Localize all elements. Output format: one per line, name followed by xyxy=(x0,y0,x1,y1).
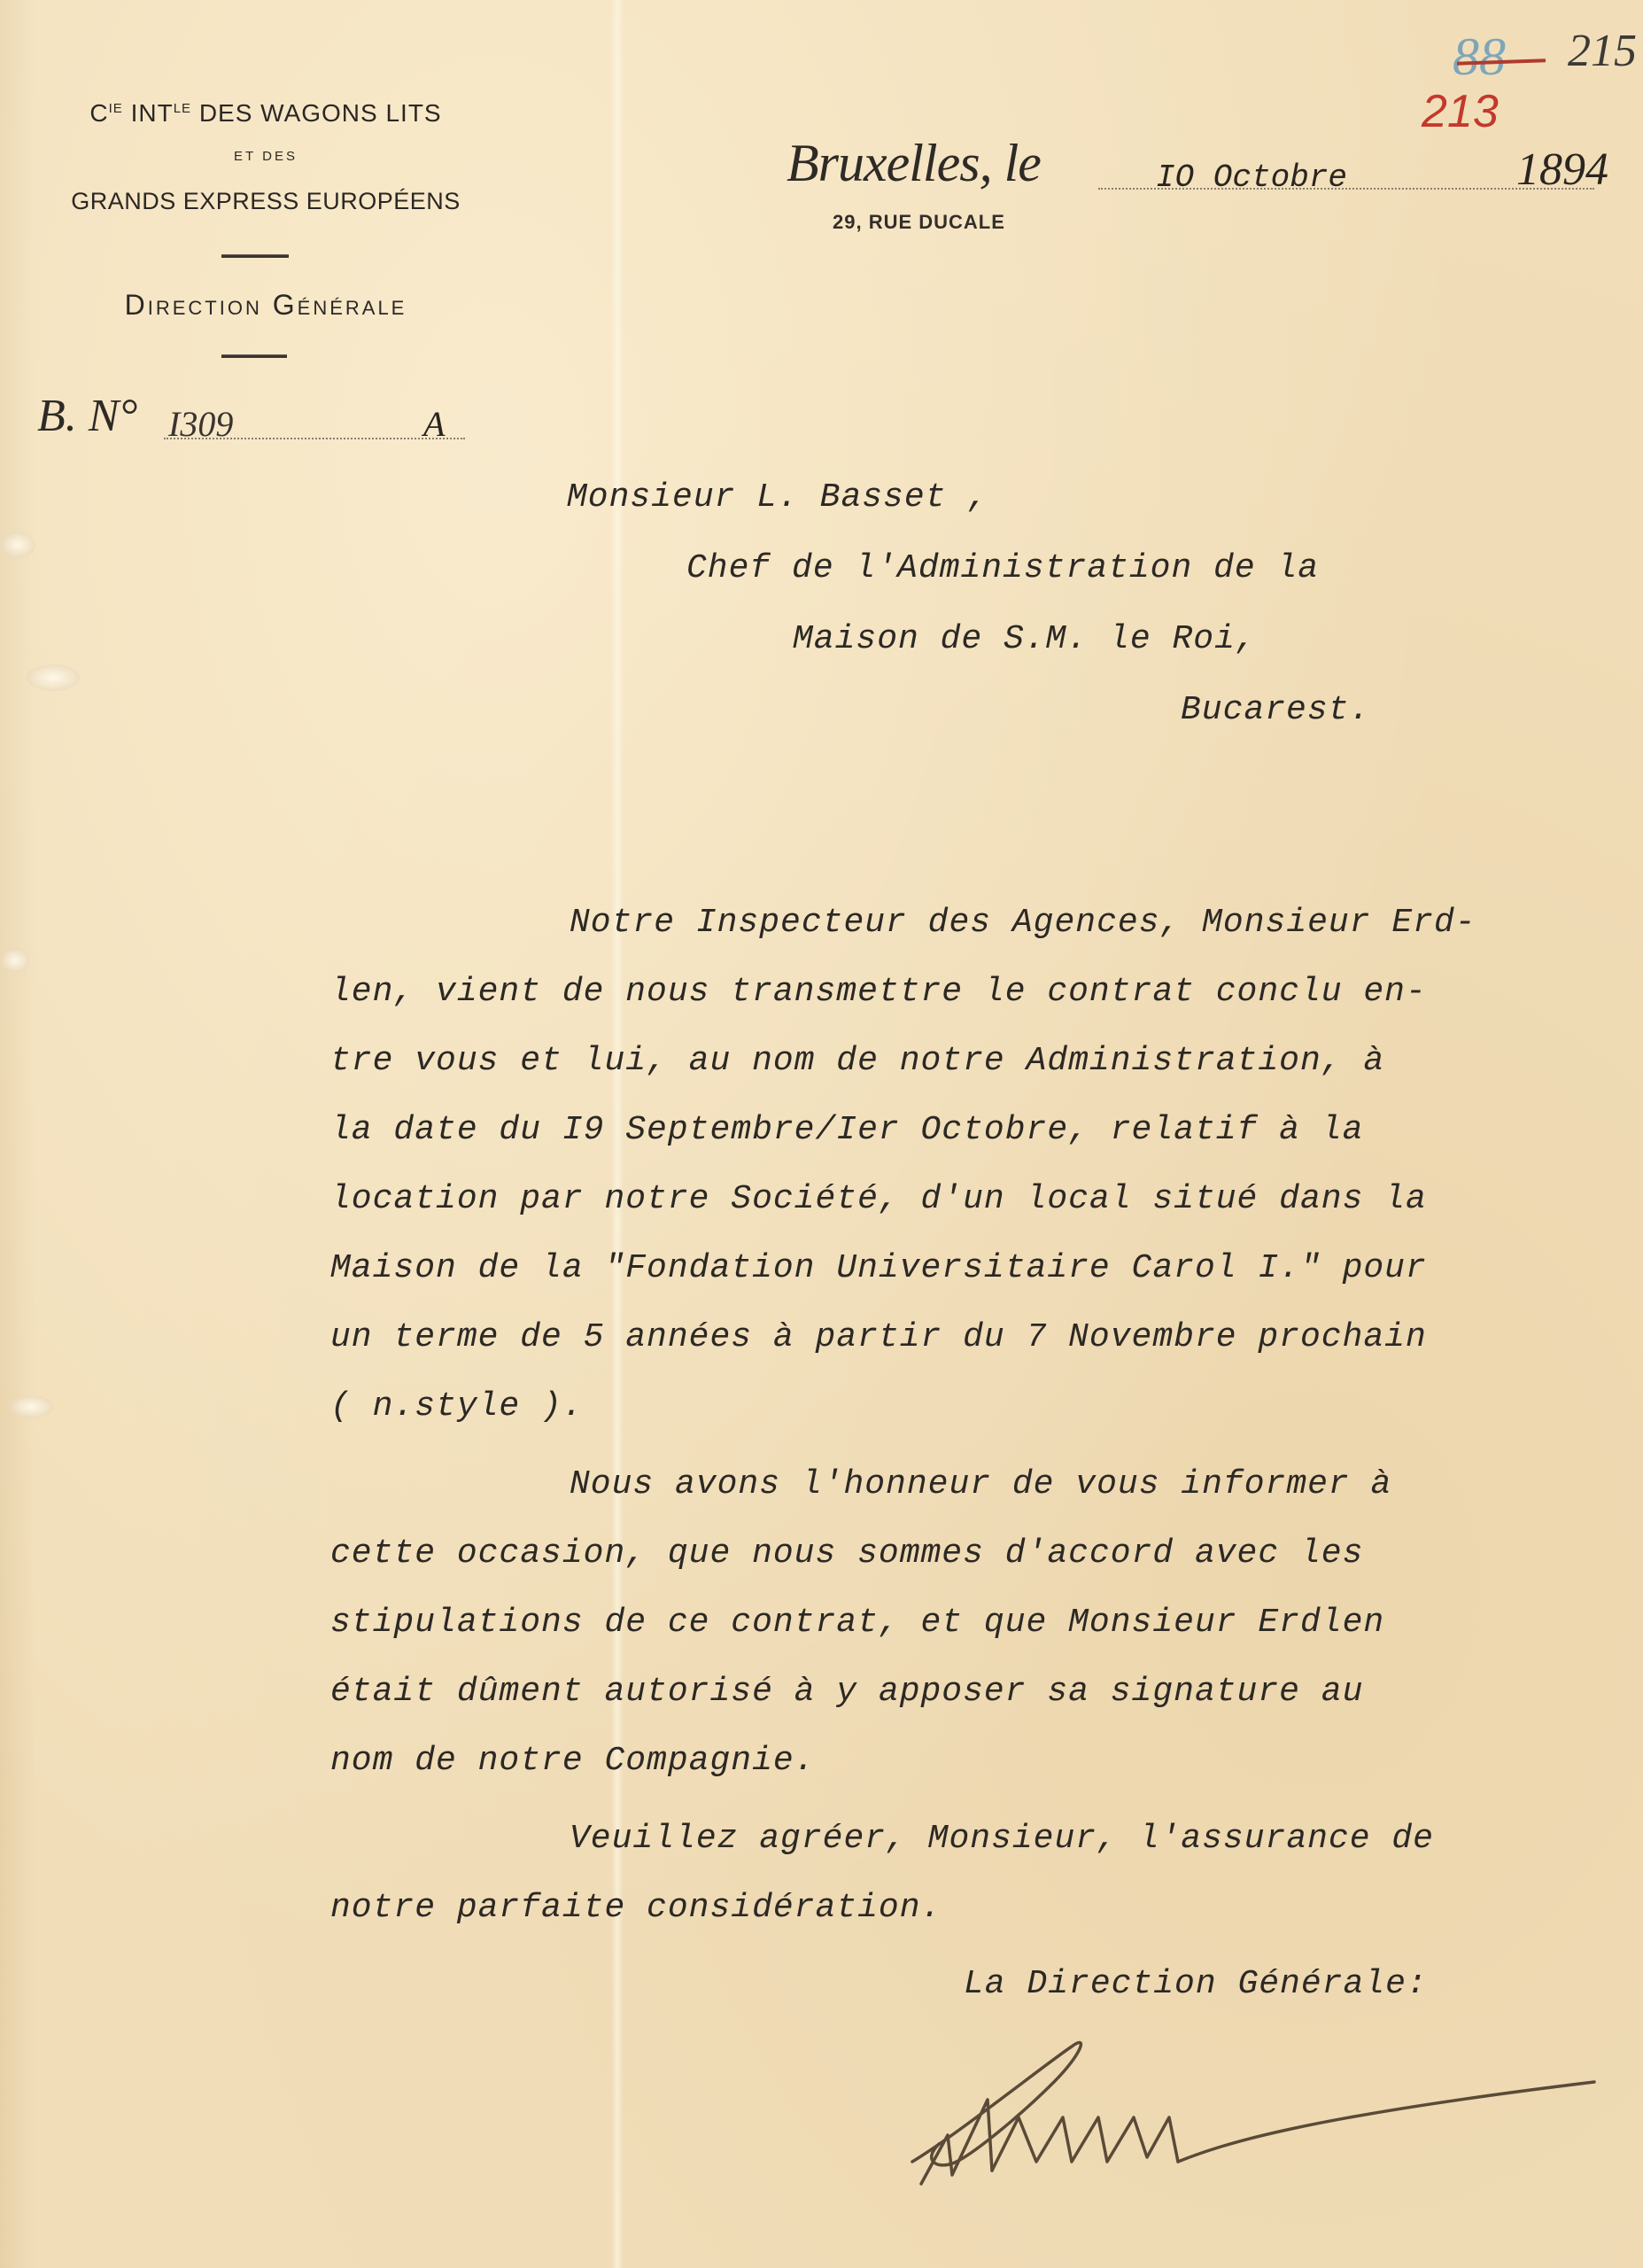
letter-date: IO Octobre xyxy=(1156,159,1347,196)
recipient-title: Chef de l'Administration de la xyxy=(686,549,1319,587)
body-line: len, vient de nous transmettre le contra… xyxy=(330,973,1427,1011)
reference-dotted-line xyxy=(164,438,465,439)
signature-icon xyxy=(903,2029,1612,2188)
company-line-3: GRANDS EXPRESS EUROPÉENS xyxy=(35,188,496,215)
body-line: un terme de 5 années à partir du 7 Novem… xyxy=(330,1318,1427,1356)
company-prefix: C xyxy=(89,99,108,127)
body-line: cette occasion, que nous sommes d'accord… xyxy=(330,1534,1363,1573)
company-sup-1: IE xyxy=(109,101,123,116)
archive-number-215: 215 xyxy=(1568,25,1637,77)
letterhead-divider xyxy=(221,254,289,258)
body-line: tre vous et lui, au nom de notre Adminis… xyxy=(330,1042,1384,1080)
recipient-city: Bucarest. xyxy=(1181,691,1370,729)
binding-hole xyxy=(0,948,30,973)
place-label: Bruxelles, le xyxy=(787,133,1041,194)
binding-hole xyxy=(27,664,80,691)
body-line: Notre Inspecteur des Agences, Monsieur E… xyxy=(570,904,1476,942)
archive-number-213: 213 xyxy=(1422,85,1499,138)
date-dotted-line xyxy=(1098,188,1594,190)
struck-archive-number: 88 xyxy=(1453,27,1506,88)
company-line-2: ET DES xyxy=(35,149,496,164)
binding-hole xyxy=(9,1395,53,1418)
body-line: était dûment autorisé à y apposer sa sig… xyxy=(330,1673,1363,1711)
company-name: CIE INTLE DES WAGONS LITS xyxy=(35,99,496,128)
body-line: nom de notre Compagnie. xyxy=(330,1742,816,1780)
recipient-name: Monsieur L. Basset , xyxy=(567,478,988,517)
recipient-institution: Maison de S.M. le Roi, xyxy=(793,620,1257,658)
body-line: notre parfaite considération. xyxy=(330,1889,942,1927)
body-line: Nous avons l'honneur de vous informer à xyxy=(570,1465,1391,1503)
department-title: Direction Générale xyxy=(35,289,496,322)
body-line: stipulations de ce contrat, et que Monsi… xyxy=(330,1604,1384,1642)
signatory-label: La Direction Générale: xyxy=(964,1965,1428,2003)
body-line: ( n.style ). xyxy=(330,1387,584,1425)
company-mid: INT xyxy=(123,99,174,127)
letterhead-divider xyxy=(221,354,287,358)
body-line: location par notre Société, d'un local s… xyxy=(330,1180,1427,1218)
body-line: Maison de la "Fondation Universitaire Ca… xyxy=(330,1249,1427,1287)
company-address: 29, RUE DUCALE xyxy=(833,211,1005,234)
body-line: la date du I9 Septembre/Ier Octobre, rel… xyxy=(330,1111,1363,1149)
binding-hole xyxy=(0,532,35,558)
company-sup-2: LE xyxy=(174,101,191,116)
reference-label: B. N° xyxy=(37,390,137,442)
body-line: Veuillez agréer, Monsieur, l'assurance d… xyxy=(570,1820,1434,1858)
company-rest: DES WAGONS LITS xyxy=(191,99,442,127)
